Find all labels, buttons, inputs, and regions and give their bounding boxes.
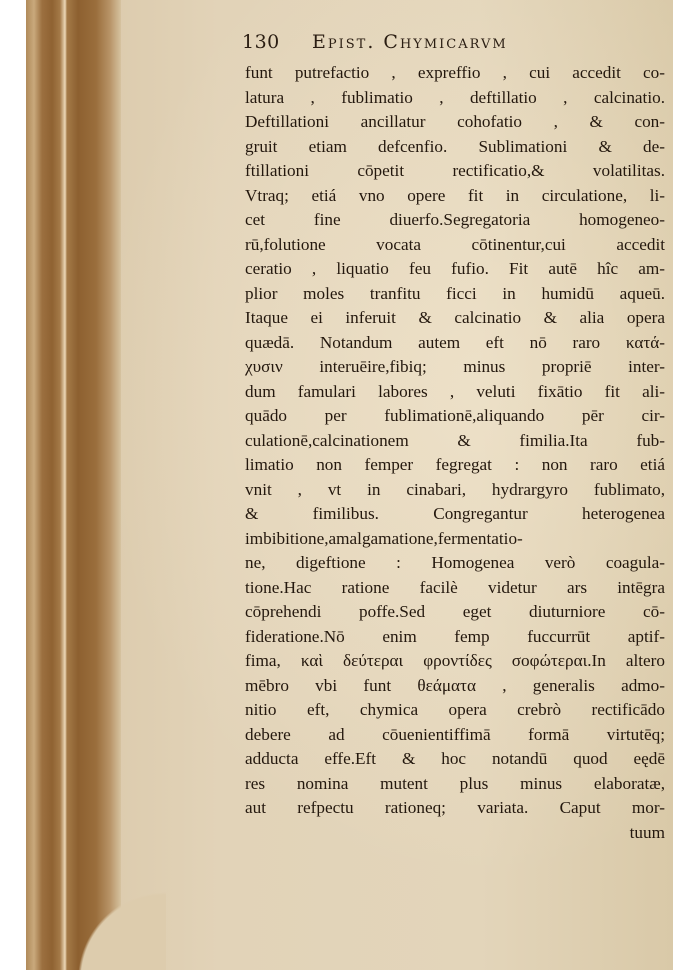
text-line: ne, digeftione : Homogenea verò coagula- [245, 551, 665, 576]
text-line: Itaque ei inferuit & calcinatio & alia o… [245, 306, 665, 331]
text-line: fideratione.Nō enim femp fuccurrūt aptif… [245, 625, 665, 650]
text-line: quādo per fublimationē,aliquando pēr cir… [245, 404, 665, 429]
text-line: aut refpectu rationeq; variata. Caput mo… [245, 796, 665, 821]
text-line: vnit , vt in cinabari, hydrargyro fublim… [245, 478, 665, 503]
text-line: fima, καὶ δεύτεραι φροντίδες σοφώτεραι.I… [245, 649, 665, 674]
text-line: imbibitione,amalgamatione,fermentatio- [245, 527, 665, 552]
text-line: nitio eft, chymica opera crebrò rectific… [245, 698, 665, 723]
page-number: 130 [242, 31, 280, 53]
text-line: & fimilibus. Congregantur heterogenea [245, 502, 665, 527]
text-line: mēbro vbi funt θεάματα , generalis admo- [245, 674, 665, 699]
gutter-stain [26, 0, 121, 970]
text-line: cet fine diuerfo.Segregatoria homogeneo- [245, 208, 665, 233]
text-line: culationē,calcinationem & fimilia.Ita fu… [245, 429, 665, 454]
text-line: ceratio , liquatio feu fufio. Fit autē h… [245, 257, 665, 282]
text-line: quædā. Notandum autem eft nō raro κατά- [245, 331, 665, 356]
text-line: ftillationi cōpetit rectificatio,& volat… [245, 159, 665, 184]
book-page: 130 Epist. Chymicarvm funt putrefactio ,… [26, 0, 673, 970]
text-line: debere ad cōuenientiffimā formā virtutēq… [245, 723, 665, 748]
text-line: rū,folutione vocata cōtinentur,cui acced… [245, 233, 665, 258]
text-line: adducta effe.Eft & hoc notandū quod eędē [245, 747, 665, 772]
running-title: Epist. Chymicarvm [312, 31, 508, 53]
page-header: 130 Epist. Chymicarvm [242, 31, 622, 59]
text-line: res nomina mutent plus minus elaboratæ, [245, 772, 665, 797]
body-text: funt putrefactio , expreffio , cui acced… [245, 61, 665, 845]
text-line: funt putrefactio , expreffio , cui acced… [245, 61, 665, 86]
text-line: dum famulari labores , veluti fixātio fi… [245, 380, 665, 405]
text-line: cōprehendi poffe.Sed eget diuturniore cō… [245, 600, 665, 625]
catchword: tuum [245, 821, 665, 846]
text-line: Deftillationi ancillatur cohofatio , & c… [245, 110, 665, 135]
text-line: Vtraq; etiá vno opere fit in circulation… [245, 184, 665, 209]
text-line: tione.Hac ratione facilè videtur ars int… [245, 576, 665, 601]
text-line: plior moles tranfitu ficci in humidū aqu… [245, 282, 665, 307]
text-line: latura , fublimatio , deftillatio , calc… [245, 86, 665, 111]
text-line: χυσιν interuēire,fibiq; minus propriē in… [245, 355, 665, 380]
text-line: limatio non femper fegregat : non raro e… [245, 453, 665, 478]
text-line: gruit etiam defcenfio. Sublimationi & de… [245, 135, 665, 160]
paper-corner [26, 840, 166, 970]
